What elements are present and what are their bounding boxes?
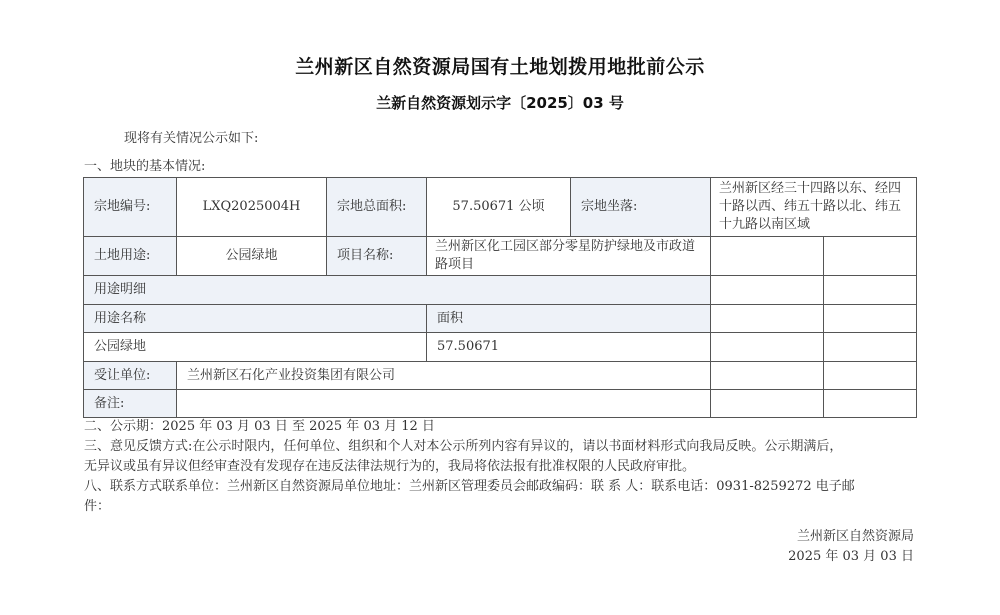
table-row: 受让单位: 兰州新区石化产业投资集团有限公司 <box>84 362 917 390</box>
contact-line-2: 件： <box>84 497 855 517</box>
total-area-value: 57.50671 公顷 <box>427 178 571 237</box>
intro-text: 现将有关情况公示如下: <box>124 129 258 148</box>
table-row: 备注: <box>84 390 917 418</box>
empty-cell <box>824 390 917 418</box>
feedback-line-2: 无异议或虽有异议但经审查没有发现存在违反法律法规行为的，我局将依法报有批准权限的… <box>84 457 855 477</box>
use-row-name: 公园绿地 <box>84 333 427 362</box>
empty-cell <box>711 237 824 276</box>
footer-section: 二、公示期：2025 年 03 月 03 日 至 2025 年 03 月 12 … <box>84 417 855 517</box>
empty-cell <box>824 276 917 305</box>
remarks-value <box>177 390 711 418</box>
remarks-label: 备注: <box>84 390 177 418</box>
project-name-label: 项目名称: <box>327 237 427 276</box>
table-row: 公园绿地 57.50671 <box>84 333 917 362</box>
signature-org: 兰州新区自然资源局 <box>797 525 914 544</box>
use-name-header: 用途名称 <box>84 305 427 333</box>
location-value: 兰州新区经三十四路以东、经四十路以西、纬五十路以北、纬五十九路以南区域 <box>711 178 917 237</box>
empty-cell <box>824 333 917 362</box>
empty-cell <box>711 305 824 333</box>
section1-heading: 一、地块的基本情况: <box>84 157 205 176</box>
empty-cell <box>711 333 824 362</box>
empty-cell <box>824 305 917 333</box>
feedback-line-1: 三、意见反馈方式:在公示时限内，任何单位、组织和个人对本公示所列内容有异议的，请… <box>84 437 855 457</box>
grantee-value: 兰州新区石化产业投资集团有限公司 <box>177 362 711 390</box>
parcel-info-table: 宗地编号: LXQ2025004H 宗地总面积: 57.50671 公顷 宗地坐… <box>83 177 917 418</box>
table-row: 用途名称 面积 <box>84 305 917 333</box>
project-name-value: 兰州新区化工园区部分零星防护绿地及市政道路项目 <box>427 237 711 276</box>
contact-line-1: 八、联系方式联系单位：兰州新区自然资源局单位地址：兰州新区管理委员会邮政编码：联… <box>84 477 855 497</box>
empty-cell <box>711 362 824 390</box>
empty-cell <box>711 390 824 418</box>
grantee-label: 受让单位: <box>84 362 177 390</box>
document-title: 兰州新区自然资源局国有土地划拨用地批前公示 <box>0 52 1000 79</box>
parcel-no-value: LXQ2025004H <box>177 178 327 237</box>
land-use-value: 公园绿地 <box>177 237 327 276</box>
land-use-label: 土地用途: <box>84 237 177 276</box>
area-header: 面积 <box>427 305 711 333</box>
table-row: 土地用途: 公园绿地 项目名称: 兰州新区化工园区部分零星防护绿地及市政道路项目 <box>84 237 917 276</box>
publicity-period: 二、公示期：2025 年 03 月 03 日 至 2025 年 03 月 12 … <box>84 417 855 437</box>
parcel-no-label: 宗地编号: <box>84 178 177 237</box>
document-number: 兰新自然资源划示字〔2025〕03 号 <box>0 92 1000 113</box>
empty-cell <box>711 276 824 305</box>
use-row-area: 57.50671 <box>427 333 711 362</box>
signature-date: 2025 年 03 月 03 日 <box>788 545 914 564</box>
empty-cell <box>824 237 917 276</box>
location-label: 宗地坐落: <box>571 178 711 237</box>
use-detail-label: 用途明细 <box>84 276 711 305</box>
table-row: 宗地编号: LXQ2025004H 宗地总面积: 57.50671 公顷 宗地坐… <box>84 178 917 237</box>
table-row: 用途明细 <box>84 276 917 305</box>
empty-cell <box>824 362 917 390</box>
total-area-label: 宗地总面积: <box>327 178 427 237</box>
